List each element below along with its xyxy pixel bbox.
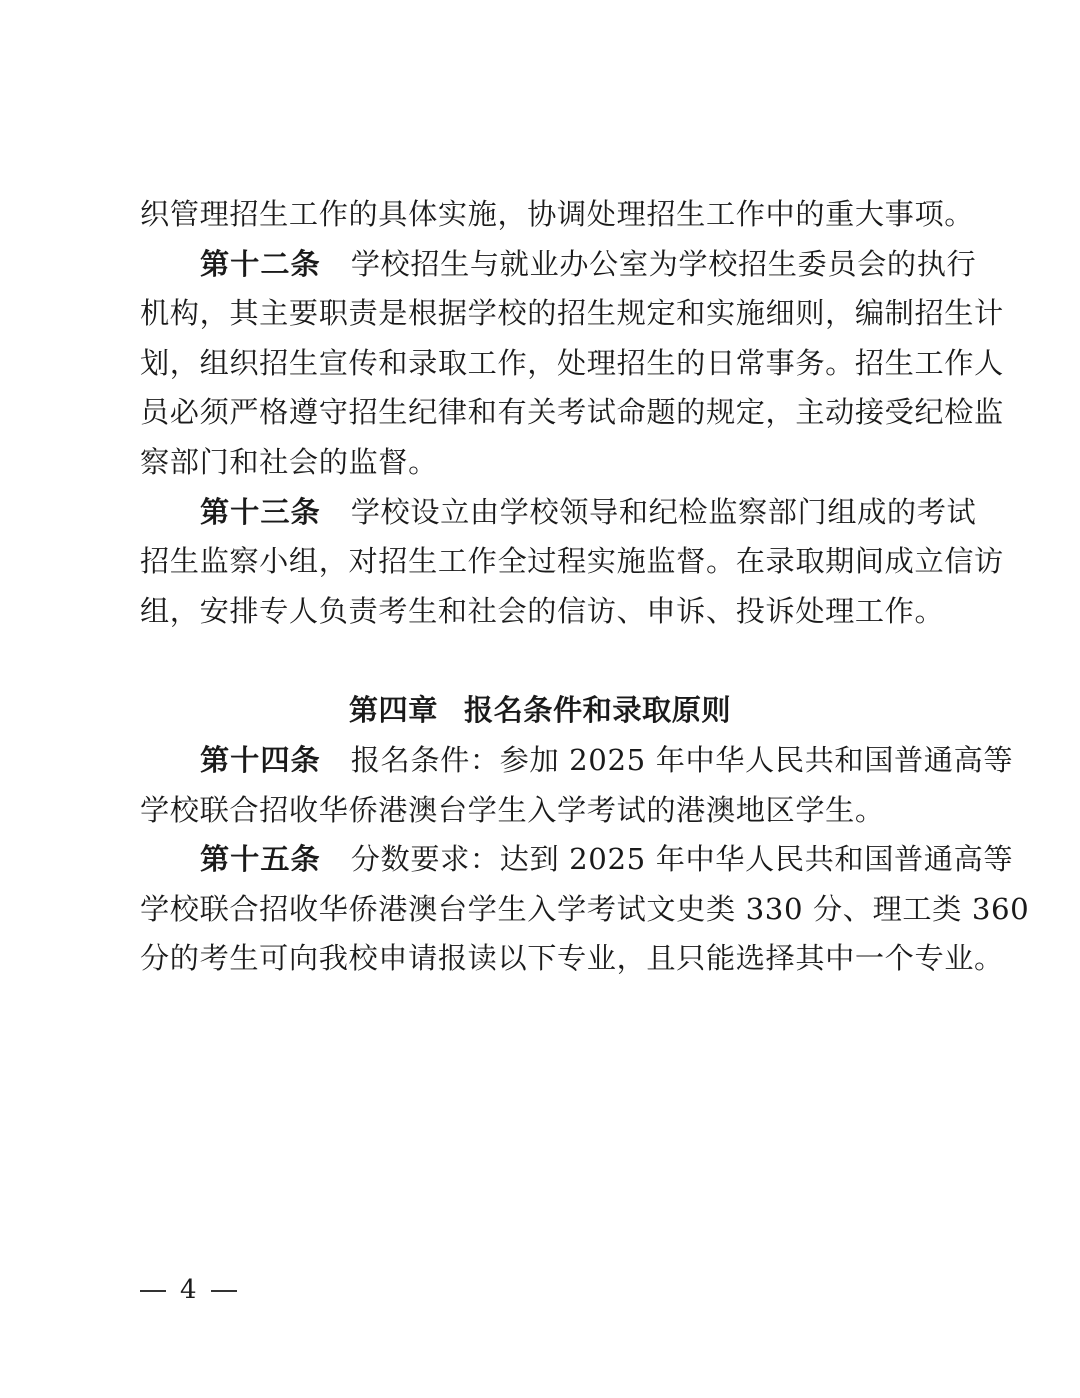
text-line: 学校联合招收华侨港澳台学生入学考试的港澳地区学生。: [140, 786, 950, 836]
text-line: 划，组织招生宣传和录取工作，处理招生的日常事务。招生工作人: [140, 339, 950, 389]
text-line: 分的考生可向我校申请报读以下专业，且只能选择其中一个专业。: [140, 934, 950, 984]
text-line: 组，安排专人负责考生和社会的信访、申诉、投诉处理工作。: [140, 587, 950, 637]
article-15-text: 分数要求：达到 2025 年中华人民共和国普通高等: [351, 842, 1013, 876]
article-15-number: 第十五条: [200, 842, 321, 876]
text-line: 招生监察小组，对招生工作全过程实施监督。在录取期间成立信访: [140, 537, 950, 587]
article-13-number: 第十三条: [200, 495, 321, 529]
dash-left: [140, 1290, 166, 1292]
page-number-value: 4: [180, 1275, 197, 1305]
chapter-title: 报名条件和录取原则: [464, 693, 731, 727]
document-body: 织管理招生工作的具体实施，协调处理招生工作中的重大事项。 第十二条学校招生与就业…: [140, 190, 950, 636]
article-13-first-line: 第十三条学校设立由学校领导和纪检监察部门组成的考试: [140, 488, 950, 538]
article-14-number: 第十四条: [200, 743, 321, 777]
chapter-number: 第四章: [349, 693, 438, 727]
text-line: 察部门和社会的监督。: [140, 438, 950, 488]
article-14-first-line: 第十四条报名条件：参加 2025 年中华人民共和国普通高等: [140, 736, 950, 786]
chapter-heading: 第四章报名条件和录取原则: [0, 686, 1080, 736]
text-line: 机构，其主要职责是根据学校的招生规定和实施细则，编制招生计: [140, 289, 950, 339]
dash-right: [211, 1290, 237, 1292]
text-line: 员必须严格遵守招生纪律和有关考试命题的规定，主动接受纪检监: [140, 388, 950, 438]
article-14-text: 报名条件：参加 2025 年中华人民共和国普通高等: [351, 743, 1013, 777]
text-line: 织管理招生工作的具体实施，协调处理招生工作中的重大事项。: [140, 190, 950, 240]
article-12-first-line: 第十二条学校招生与就业办公室为学校招生委员会的执行: [140, 240, 950, 290]
article-13-text: 学校设立由学校领导和纪检监察部门组成的考试: [351, 495, 977, 529]
text-line: 学校联合招收华侨港澳台学生入学考试文史类 330 分、理工类 360: [140, 885, 950, 935]
document-body-chapter-4: 第十四条报名条件：参加 2025 年中华人民共和国普通高等 学校联合招收华侨港澳…: [140, 736, 950, 984]
article-12-number: 第十二条: [200, 247, 321, 281]
article-12-text: 学校招生与就业办公室为学校招生委员会的执行: [351, 247, 977, 281]
article-15-first-line: 第十五条分数要求：达到 2025 年中华人民共和国普通高等: [140, 835, 950, 885]
page-number: 4: [140, 1272, 237, 1308]
